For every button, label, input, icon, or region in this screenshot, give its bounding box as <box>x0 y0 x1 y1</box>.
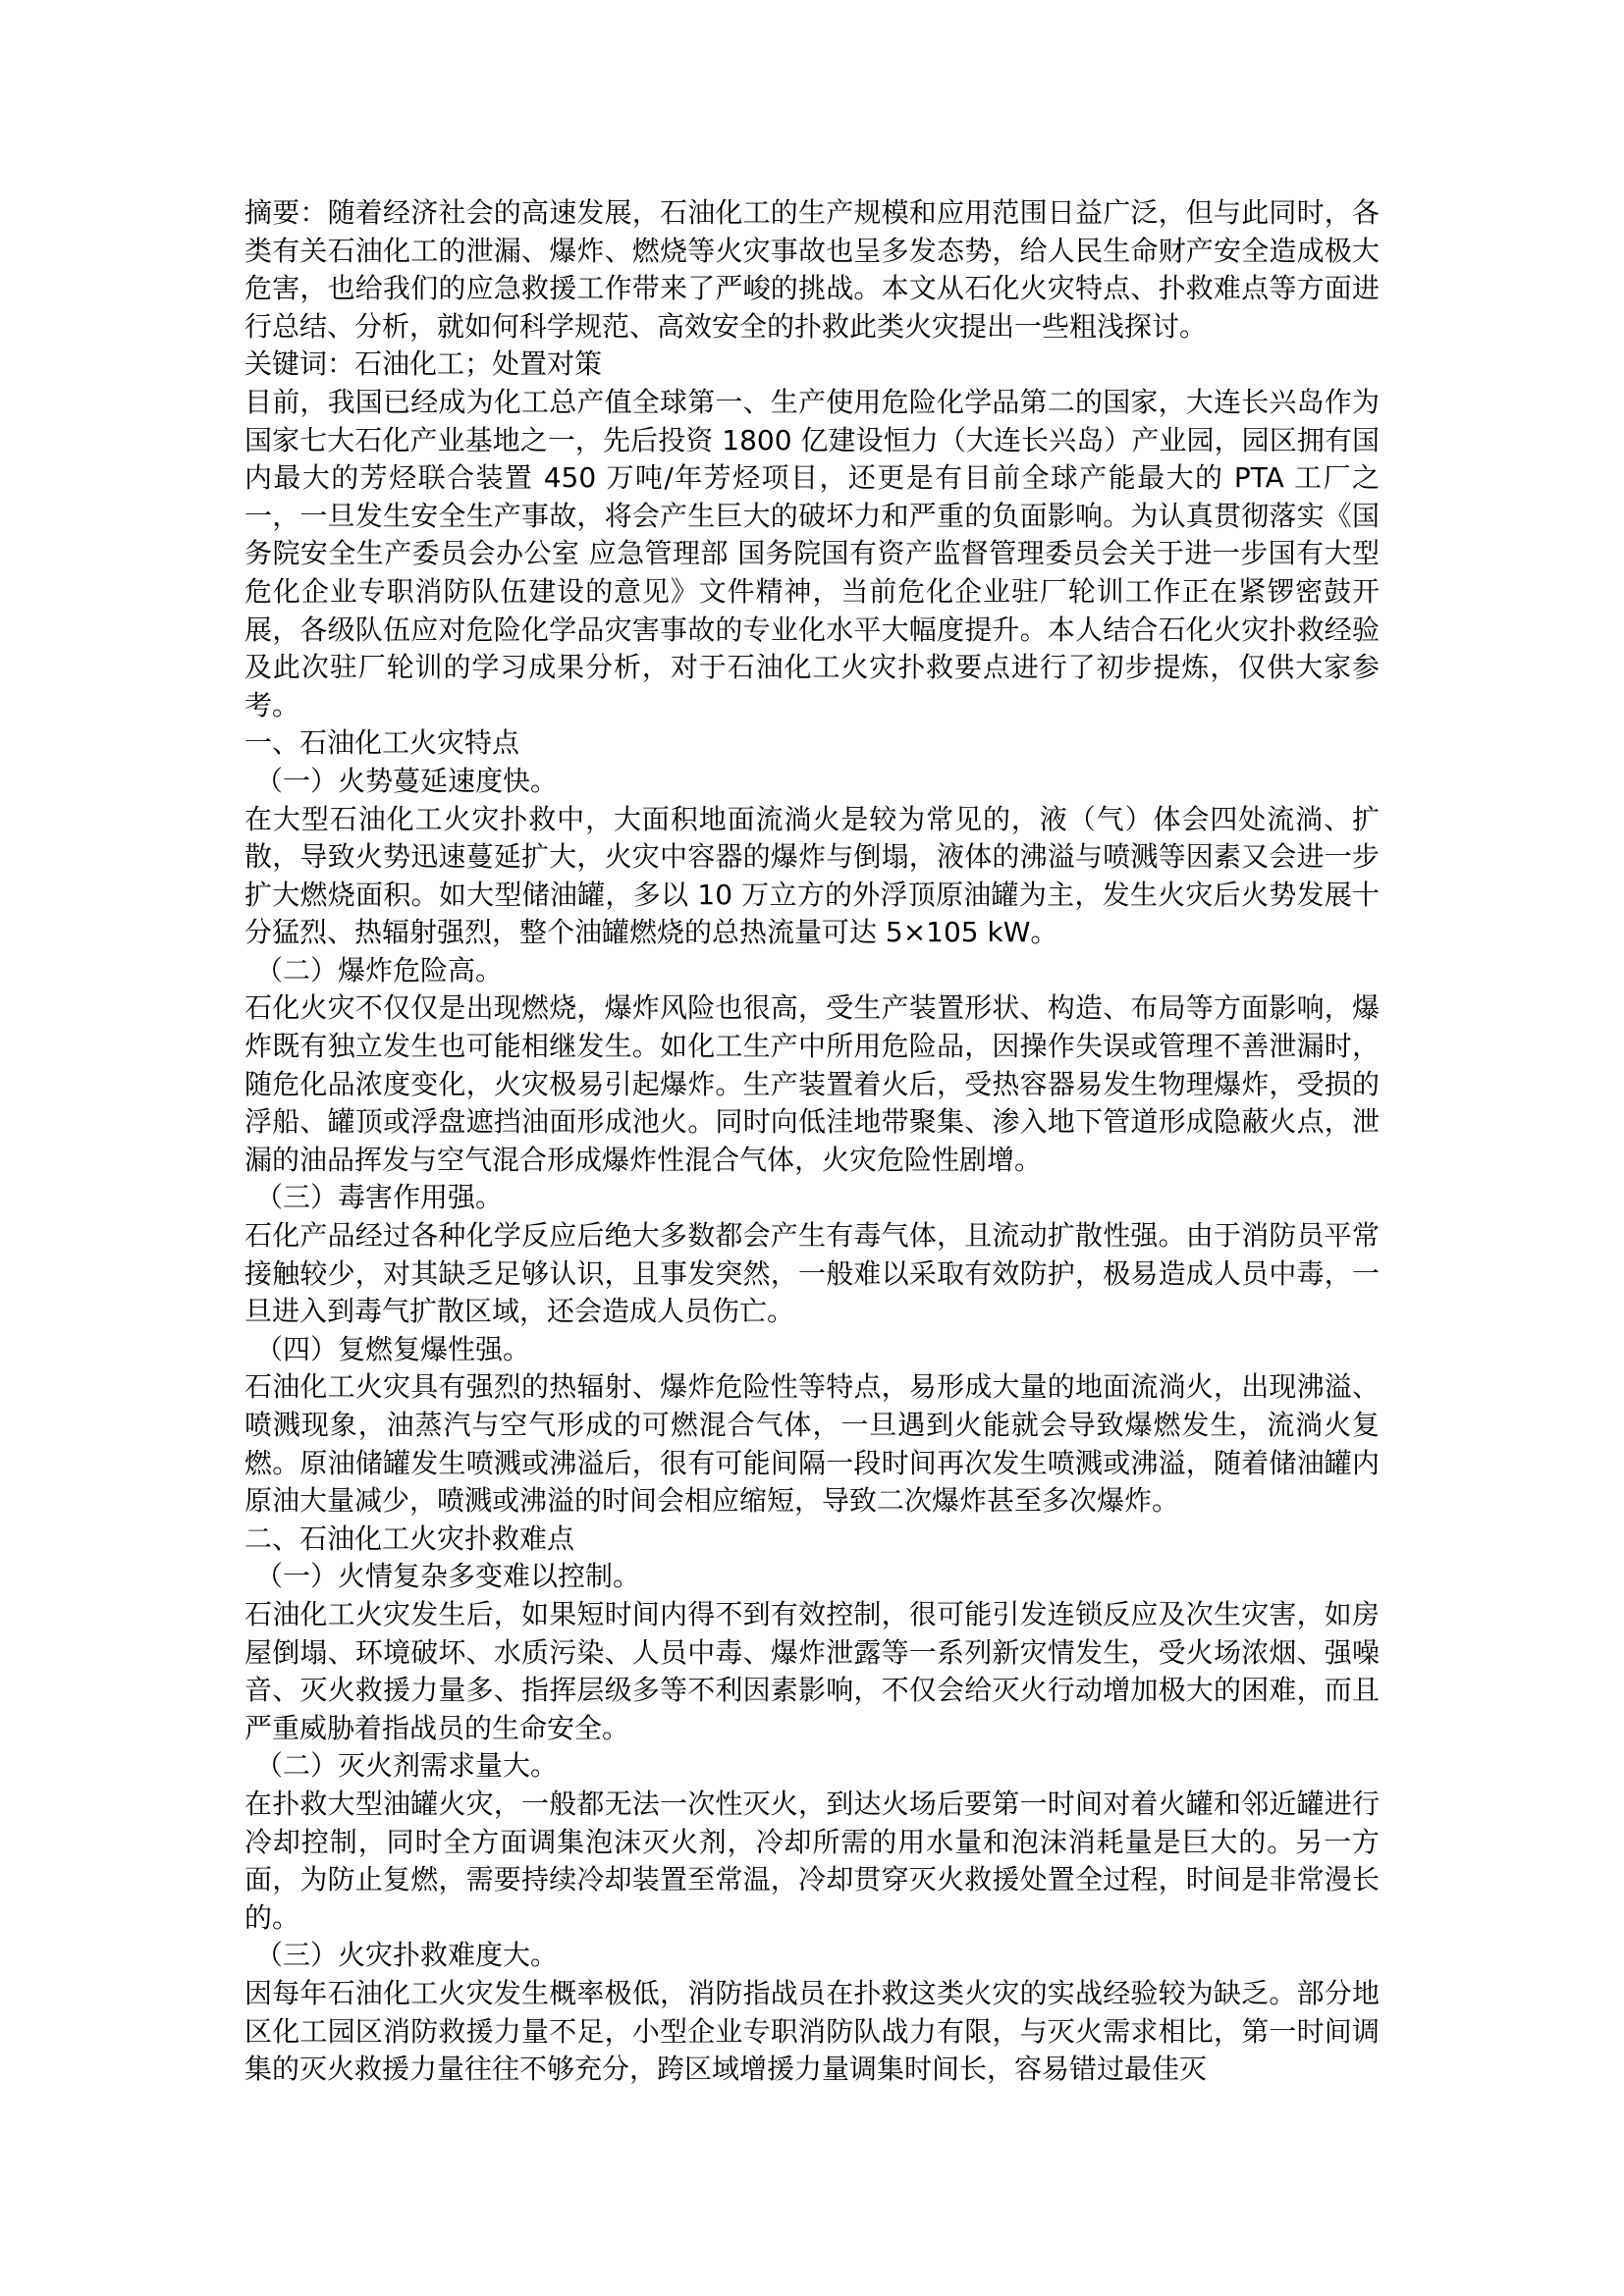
paragraph: 石化火灾不仅仅是出现燃烧，爆炸风险也很高，受生产装置形状、构造、布局等方面影响，… <box>244 989 1380 1179</box>
document-content: 摘要：随着经济社会的高速发展，石油化工的生产规模和应用范围日益广泛，但与此同时，… <box>244 194 1380 2089</box>
paragraph: 石油化工火灾发生后，如果短时间内得不到有效控制，很可能引发连锁反应及次生灾害，如… <box>244 1596 1380 1747</box>
subsection-heading: （二）爆炸危险高。 <box>244 952 1380 990</box>
paragraph: 摘要：随着经济社会的高速发展，石油化工的生产规模和应用范围日益广泛，但与此同时，… <box>244 194 1380 346</box>
subsection-heading: （三）火灾扑救难度大。 <box>244 1937 1380 1975</box>
section-heading: 二、石油化工火灾扑救难点 <box>244 1521 1380 1559</box>
paragraph: 石化产品经过各种化学反应后绝大多数都会产生有毒气体，且流动扩散性强。由于消防员平… <box>244 1217 1380 1331</box>
paragraph: 石油化工火灾具有强烈的热辐射、爆炸危险性等特点，易形成大量的地面流淌火，出现沸溢… <box>244 1368 1380 1520</box>
subsection-heading: （二）灭火剂需求量大。 <box>244 1747 1380 1786</box>
subsection-heading: （四）复燃复爆性强。 <box>244 1331 1380 1369</box>
paragraph: 因每年石油化工火灾发生概率极低，消防指战员在扑救这类火灾的实战经验较为缺乏。部分… <box>244 1975 1380 2089</box>
section-heading: 一、石油化工火灾特点 <box>244 724 1380 763</box>
subsection-heading: （一）火情复杂多变难以控制。 <box>244 1558 1380 1596</box>
subsection-heading: （三）毒害作用强。 <box>244 1179 1380 1217</box>
paragraph: 在大型石油化工火灾扑救中，大面积地面流淌火是较为常见的，液（气）体会四处流淌、扩… <box>244 801 1380 952</box>
paragraph: 关键词：石油化工；处置对策 <box>244 346 1380 384</box>
paragraph: 在扑救大型油罐火灾，一般都无法一次性灭火，到达火场后要第一时间对着火罐和邻近罐进… <box>244 1786 1380 1937</box>
paragraph: 目前，我国已经成为化工总产值全球第一、生产使用危险化学品第二的国家，大连长兴岛作… <box>244 384 1380 724</box>
document-page: 摘要：随着经济社会的高速发展，石油化工的生产规模和应用范围日益广泛，但与此同时，… <box>0 0 1624 2296</box>
subsection-heading: （一）火势蔓延速度快。 <box>244 763 1380 801</box>
